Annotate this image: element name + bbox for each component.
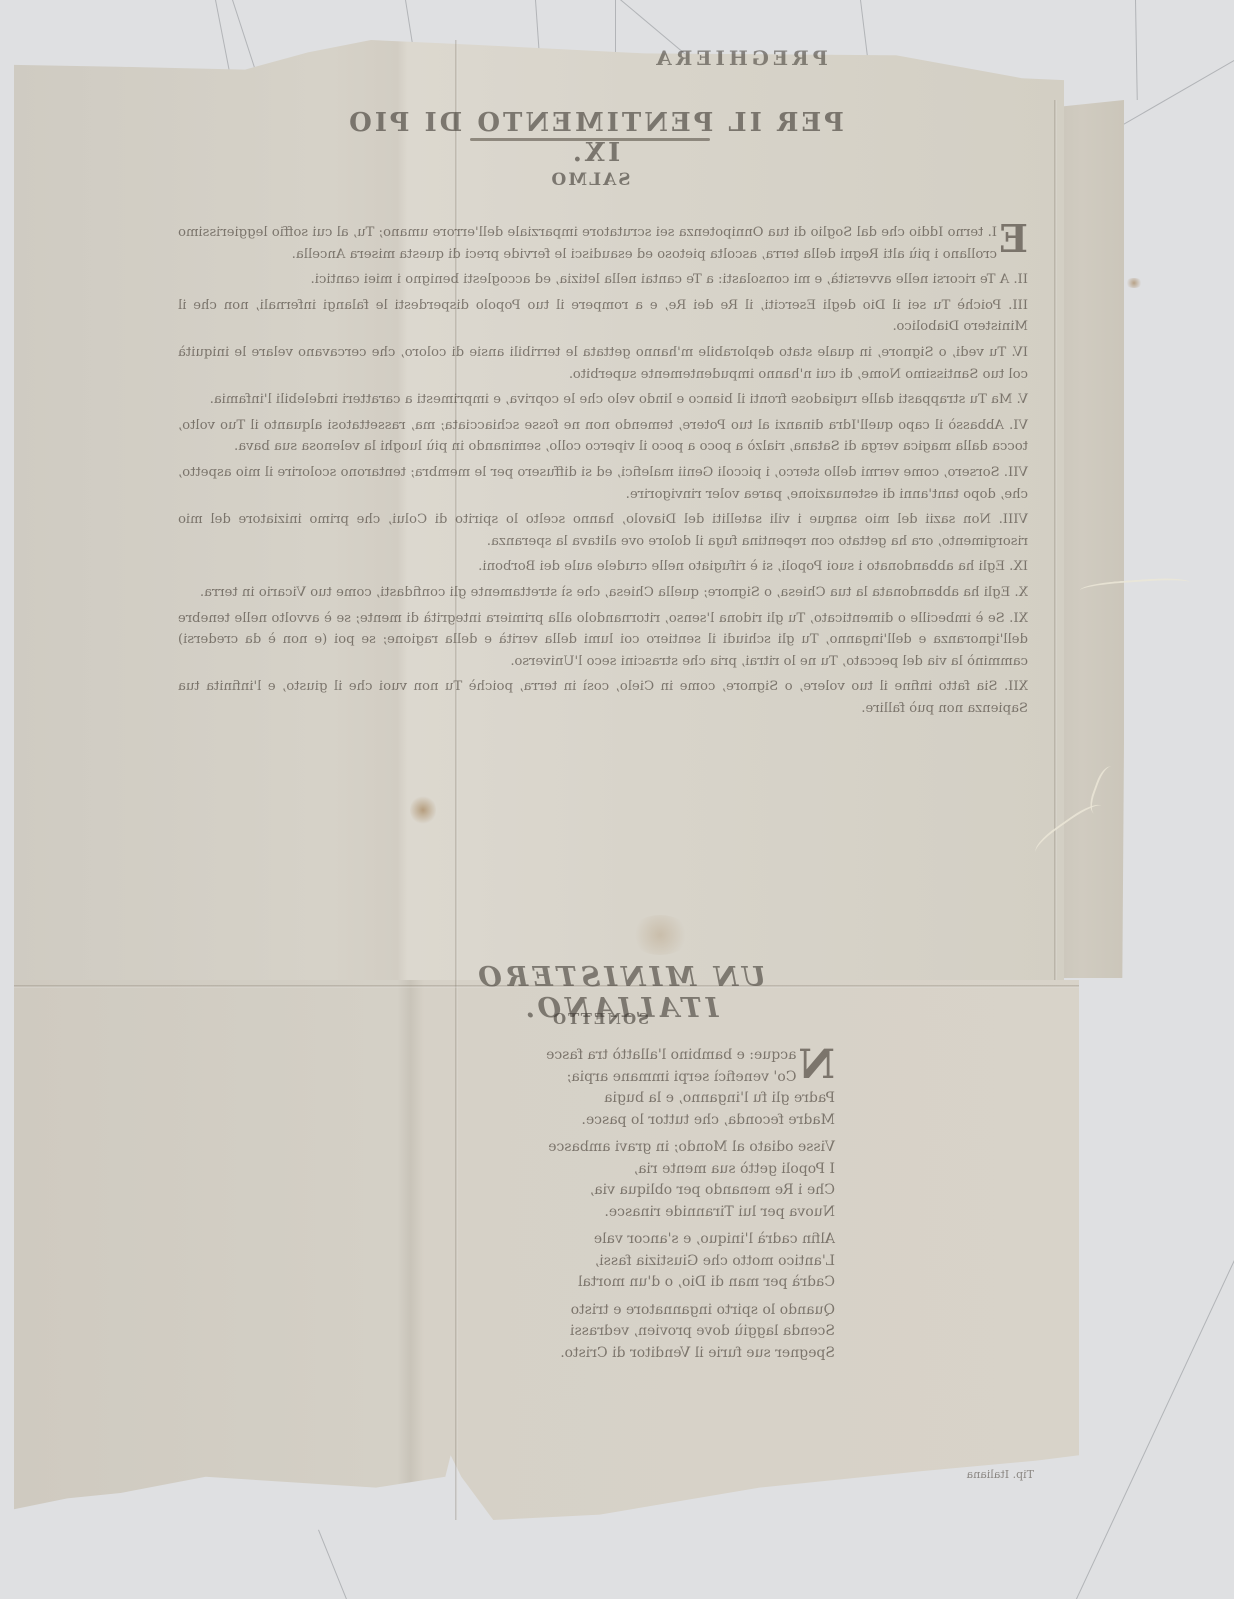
sonnet-line: Che i Re menando per obliqua via, [455,1180,835,1202]
sonnet-line: Visse odiato al Mondo; in gravi ambasce [455,1137,835,1159]
sonnet-stanza: Alfin cadrà l'iniquo, e s'ancor vale L'a… [455,1229,835,1294]
sonnet-line: Padre gli fu l'inganno, e la bugia [455,1088,835,1110]
psalm-verse: II. A Te ricorsi nelle avversità, e mi c… [178,269,1028,291]
drop-cap: N [798,1045,835,1085]
sonnet-stanza: Visse odiato al Mondo; in gravi ambasce … [455,1137,835,1223]
psalm-verse: VIII. Non sazii del mio sangue i vili sa… [178,509,1028,552]
psalm-verse: EI. terno Iddio che dal Soglio di tua On… [178,222,1028,265]
psalm-verse: VII. Sorsero, come vermi dello sterco, i… [178,462,1028,505]
mirrored-print-layer: PREGHIERA PER IL PENTIMENTO DI PIO IX. S… [0,0,1234,1599]
sonnet-heading: SONETTO [540,1010,660,1028]
sonnet-stanza: N acque: e bambino l'allattò tra fasce C… [455,1045,835,1131]
psalm-verse: XII. Sia fatto infine il tuo volere, o S… [178,676,1028,719]
psalm-verse: VI. Abbassò il capo quell'Idra dinanzi a… [178,415,1028,458]
sonnet-line: I Popoli gettò sua mente ria, [455,1159,835,1181]
sonnet-line: Spegner sue furie il Venditor di Cristo. [455,1343,835,1365]
printer-imprint: Tip. Italiana [967,1468,1034,1481]
sonnet-line: Co' veneficì serpi immane arpia; [455,1067,835,1089]
title-rule [470,138,710,141]
psalm-verse: V. Ma Tu strappasti dalle rugiadose fron… [178,389,1028,411]
sonnet-line: L'antico motto che Giustizia fassi, [455,1251,835,1273]
psalm-heading: SALMO [500,170,680,190]
drop-cap: E [999,222,1028,256]
psalm-body: EI. terno Iddio che dal Soglio di tua On… [178,222,1028,723]
psalm-verse: III. Poichè Tu sei il Dio degli Eserciti… [178,295,1028,338]
sonnet-line: acque: e bambino l'allattò tra fasce [455,1045,835,1067]
psalm-verse: XI. Se è imbecille o dimenticato, Tu gli… [178,608,1028,673]
psalm-verse: IX. Egli ha abbandonato i suoi Popoli, s… [178,556,1028,578]
sonnet-line: Cadrà per man di Dio, o d'un mortal [455,1272,835,1294]
sonnet-line: Quando lo spirto ingannatore e tristo [455,1300,835,1322]
sonnet-line: Madre feconda, che tuttor lo pasce. [455,1110,835,1132]
psalm-verse: X. Egli ha abbandonata la tua Chiesa, o … [178,582,1028,604]
psalm-verse: IV. Tu vedi, o Signore, in quale stato d… [178,342,1028,385]
sonnet-line: Scenda laggiù dove provien, vedrassi [455,1321,835,1343]
sonnet-line: Nuova per lui Tirannide rinasce. [455,1202,835,1224]
sonnet-body: N acque: e bambino l'allattò tra fasce C… [455,1045,835,1370]
sonnet-line: Alfin cadrà l'iniquo, e s'ancor vale [455,1229,835,1251]
sonnet-stanza: Quando lo spirto ingannatore e tristo Sc… [455,1300,835,1365]
banner-heading: PREGHIERA [610,46,870,68]
